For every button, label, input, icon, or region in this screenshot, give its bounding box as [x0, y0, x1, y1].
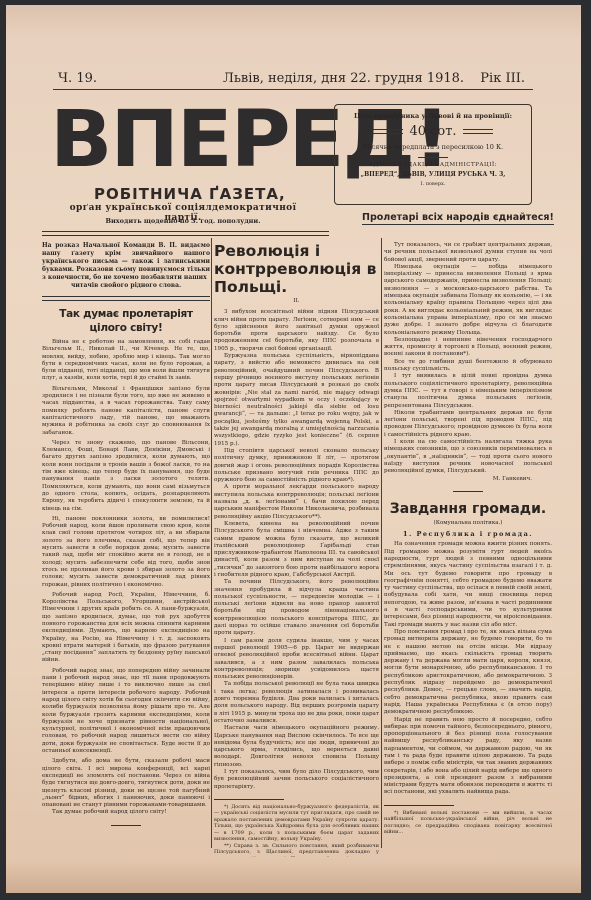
article-paragraph: Робочий народ Росії, України, Німеччини,…	[42, 592, 210, 665]
article-end-rule	[111, 825, 141, 826]
article-end-rule	[453, 491, 483, 492]
article-paragraph: Про повстання громад і про те, як якась …	[384, 629, 552, 717]
article-paragraph: Війна не є роботою на замовлення, як соб…	[42, 339, 210, 383]
footnote-rule	[214, 799, 284, 800]
article-paragraph: Настали часи німецького окупаційного реж…	[214, 725, 379, 769]
article-paragraph: Клевета, кинена на революційний почин Пі…	[214, 521, 379, 579]
article-paragraph: Все те до глибини душі бентежило й обурю…	[384, 359, 552, 374]
newspaper-page: Ч. 19. Львів, неділя, дня 22. грудня 191…	[6, 5, 581, 893]
article-headline: Революція і контрреволюція в Польщі.	[214, 242, 379, 296]
price-label: Ціна примірника у Львові й на провінції:	[335, 112, 531, 120]
article-paragraph: І тут виявилась в цілій повні провідна д…	[384, 373, 552, 409]
article-paragraph: Та почини Пілсудського, його революційне…	[214, 579, 379, 637]
price-row: 40 сот.	[335, 124, 531, 139]
price-value: 40 сот.	[409, 124, 456, 139]
article-paragraph: Через те знову скажемо, що панове Вільсо…	[42, 440, 210, 513]
column-rule	[381, 238, 382, 848]
article-paragraph: Безпощадне і невпинне нівечення господар…	[384, 337, 552, 359]
article-paragraph: З вибухом всесвітньої війни підняв Пілсу…	[214, 309, 379, 353]
slogan: Пролетарі всіх народів єднайтеся!	[362, 212, 554, 225]
article-paragraph: Під стопівтя царської неволі сконало пол…	[214, 448, 379, 484]
article-paragraph: Тут показалось, чи се грабіжт центральни…	[384, 242, 552, 264]
footnote: *) Вибивані вольні постанови — ми вийшли…	[384, 810, 552, 836]
article-paragraph: І тут показалось, чим було діло Пілсудсь…	[214, 769, 379, 791]
subscription-info: Місячна передплата з пересилкою 10 К.	[335, 143, 531, 151]
article-paragraph: Ні, панове поклонники золота, ви помилил…	[42, 516, 210, 589]
article-paragraph: Ніколи трабантами центральних держав не …	[384, 410, 552, 439]
article-closing: Так думає робочий народ цілого світу!	[42, 809, 210, 816]
notice-text: На розказ Начальної Команди В. П. видаєм…	[42, 242, 210, 282]
price-box: Ціна примірника у Львові й на провінції:…	[334, 104, 532, 205]
censorship-notice: На розказ Начальної Команди В. П. видаєм…	[42, 242, 210, 290]
column-2: Революція і контрреволюція в Польщі. II.…	[214, 242, 379, 857]
article-part-number: II.	[214, 298, 379, 305]
article-paragraph: І сам разом доля судила інакше, чим у ча…	[214, 638, 379, 682]
footnote-rule	[384, 805, 454, 806]
footnote: **) Справа з. зв. Сильного повстання, як…	[214, 843, 379, 857]
author-signature: М. Ганкевич.	[384, 476, 552, 483]
article-subheading: 1. Республика і громада.	[384, 531, 552, 538]
article-paragraph: Німецька окупація — побіда німецького ім…	[384, 264, 552, 337]
volume-year: Рік III.	[480, 71, 525, 86]
issue-number: Ч. 19.	[58, 71, 97, 86]
article-paragraph: На означення громади можна вжити різних …	[384, 541, 552, 629]
address-floor: I. поверх.	[335, 181, 531, 187]
dateline-bar: Ч. 19. Львів, неділя, дня 22. грудня 191…	[53, 69, 533, 90]
article-paragraph: Вільгельми, Миколаї і Францішки запізно …	[42, 386, 210, 437]
article-paragraph: Та побіда польської революції не була та…	[214, 681, 379, 725]
article-paragraph: Робочий народ знає, що попередню війну з…	[42, 668, 210, 756]
footnote: *) Досить від національно-буржуазного фе…	[214, 804, 379, 843]
article-paragraph: Здобути, або дома не бути, сказали робоч…	[42, 758, 210, 809]
notice-text: читачів свойого рідного слова.	[42, 282, 210, 290]
article-headline: Так думає пролетаріят цілого світу!	[42, 307, 210, 335]
article-paragraph: А проти моральної лекґарди польського на…	[214, 484, 379, 520]
section-divider	[42, 296, 210, 301]
price-box-divider	[418, 157, 448, 158]
column-1: На розказ Начальної Команди В. П. видаєм…	[42, 242, 210, 834]
editorial-address: „ВПЕРЕД“, ЛЬВІВ, УЛИЦЯ РУСЬКА Ч. 3,	[335, 171, 531, 178]
article-headline: Завдання громади.	[384, 500, 552, 518]
address-label: АДРЕСА РЕДАКЦІЇ І АДМІНІСТРАЦІЇ:	[335, 162, 531, 168]
publication-date: Львів, неділя, дня 22. грудня 1918.	[223, 71, 464, 86]
publication-schedule: Виходить щоденно по 3. год. пополудни.	[53, 217, 313, 225]
ornament-bar	[463, 129, 493, 134]
article-paragraph: Буржуазна польська суспільність, вірнопі…	[214, 353, 379, 448]
article-rubric: (Комунальна політика.)	[384, 520, 552, 527]
masthead-divider	[42, 231, 329, 236]
masthead-subtitle: РОБІТНИЧА ҐАЗЕТА,	[94, 185, 286, 203]
ornament-bar	[373, 129, 403, 134]
column-rule	[211, 238, 212, 848]
column-3: Тут показалось, чи се грабіжт центральни…	[384, 242, 552, 836]
masthead-title: ВПЕРЕД!	[50, 101, 334, 179]
article-paragraph: Нарід не править нею просто й посередно,…	[384, 717, 552, 797]
article-paragraph: І коли на сю самостійність налягала тяжк…	[384, 439, 552, 475]
